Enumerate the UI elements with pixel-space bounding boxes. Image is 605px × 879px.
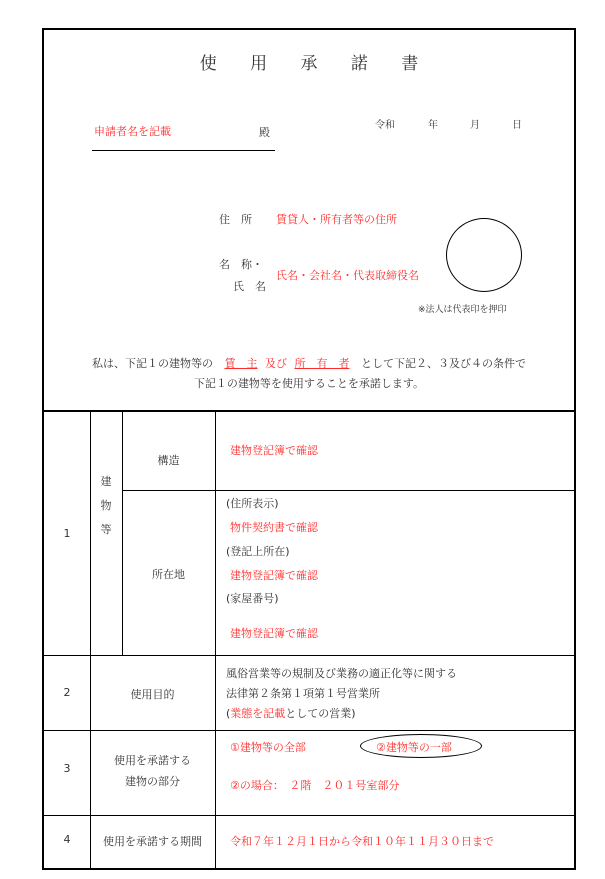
category-char: 建 xyxy=(90,470,122,494)
option-whole-building[interactable]: ①建物等の全部 xyxy=(230,739,306,755)
location-line: (住所表示) xyxy=(226,495,279,511)
seal-circle xyxy=(446,218,522,292)
location-line: (家屋番号) xyxy=(226,590,279,606)
statement-line1: 私は、下記１の建物等の 賃 主 及び 所 有 者 として下記２、３及び４の条件で xyxy=(44,354,574,373)
purpose-label: 使用目的 xyxy=(90,686,215,702)
address-label: 住 所 xyxy=(219,211,252,227)
period-value[interactable]: 令和７年１２月１日から令和１０年１１月３０日まで xyxy=(230,833,494,849)
row1-category: 建 物 等 xyxy=(90,470,122,542)
part-label-line1: 使用を承諾する xyxy=(90,750,215,771)
purpose-line1: 風俗営業等の規制及び業務の適正化等に関する xyxy=(226,665,457,681)
statement-line2: 下記１の建物等を使用することを承諾します。 xyxy=(44,374,574,393)
date-year-label: 年 xyxy=(428,116,438,131)
addressee-honorific: 殿 xyxy=(259,124,270,140)
purpose-line2: 法律第２条第１項第１号営業所 xyxy=(226,685,380,701)
seal-note: ※法人は代表印を押印 xyxy=(418,302,507,315)
part-detail[interactable]: ②の場合： ２階 ２０１号室部分 xyxy=(230,777,399,793)
document-title: 使 用 承 諾 書 xyxy=(44,49,574,74)
date-day-label: 日 xyxy=(512,116,522,131)
category-char: 物 xyxy=(90,494,122,518)
col-category-divider xyxy=(122,411,123,655)
name-value[interactable]: 氏名・会社名・代表取締役名 xyxy=(276,267,419,283)
statement-role1: 賃 主 xyxy=(225,357,258,370)
location-line[interactable]: 物件契約書で確認 xyxy=(230,519,318,535)
addressee-underline xyxy=(92,150,275,151)
row1-number: 1 xyxy=(44,527,90,540)
location-line[interactable]: 建物登記簿で確認 xyxy=(230,625,318,641)
address-value[interactable]: 賃貸人・所有者等の住所 xyxy=(276,211,397,227)
table-top-border xyxy=(44,410,574,412)
statement-prefix: 私は、下記１の建物等の xyxy=(92,357,213,370)
purpose-suffix: としての営業) xyxy=(285,707,355,720)
name-label-line2: 氏 名 xyxy=(233,278,266,294)
statement-suffix: として下記２、３及び４の条件で xyxy=(361,357,526,370)
part-label: 使用を承諾する 建物の部分 xyxy=(90,750,215,792)
location-line[interactable]: 建物登記簿で確認 xyxy=(230,567,318,583)
consent-document: 使 用 承 諾 書 申請者名を記載 殿 令和 年 月 日 住 所 賃貸人・所有者… xyxy=(42,28,576,870)
location-line: (登記上所在) xyxy=(226,543,290,559)
row2-bottom-border xyxy=(44,730,574,731)
statement-conj: 及び xyxy=(265,357,287,370)
business-type-field[interactable]: 業態を記載 xyxy=(230,707,285,720)
structure-label: 構造 xyxy=(122,452,215,468)
date-month-label: 月 xyxy=(470,116,480,131)
part-label-line2: 建物の部分 xyxy=(90,771,215,792)
col-label-divider xyxy=(215,411,216,868)
row1-inner-divider xyxy=(122,490,574,491)
row3-bottom-border xyxy=(44,815,574,816)
category-char: 等 xyxy=(90,518,122,542)
structure-value[interactable]: 建物登記簿で確認 xyxy=(230,442,318,458)
row1-bottom-border xyxy=(44,655,574,656)
location-label: 所在地 xyxy=(122,566,215,582)
date-era: 令和 xyxy=(375,116,395,131)
row4-number: 4 xyxy=(44,833,90,846)
addressee-name-field[interactable]: 申請者名を記載 xyxy=(94,123,171,139)
statement-role2: 所 有 者 xyxy=(295,357,350,370)
period-label: 使用を承諾する期間 xyxy=(90,833,215,849)
row3-number: 3 xyxy=(44,762,90,775)
option-part-building[interactable]: ②建物等の一部 xyxy=(376,739,452,755)
name-label-line1: 名 称・ xyxy=(219,256,263,272)
purpose-line3: (業態を記載としての営業) xyxy=(226,705,356,721)
row2-number: 2 xyxy=(44,686,90,699)
